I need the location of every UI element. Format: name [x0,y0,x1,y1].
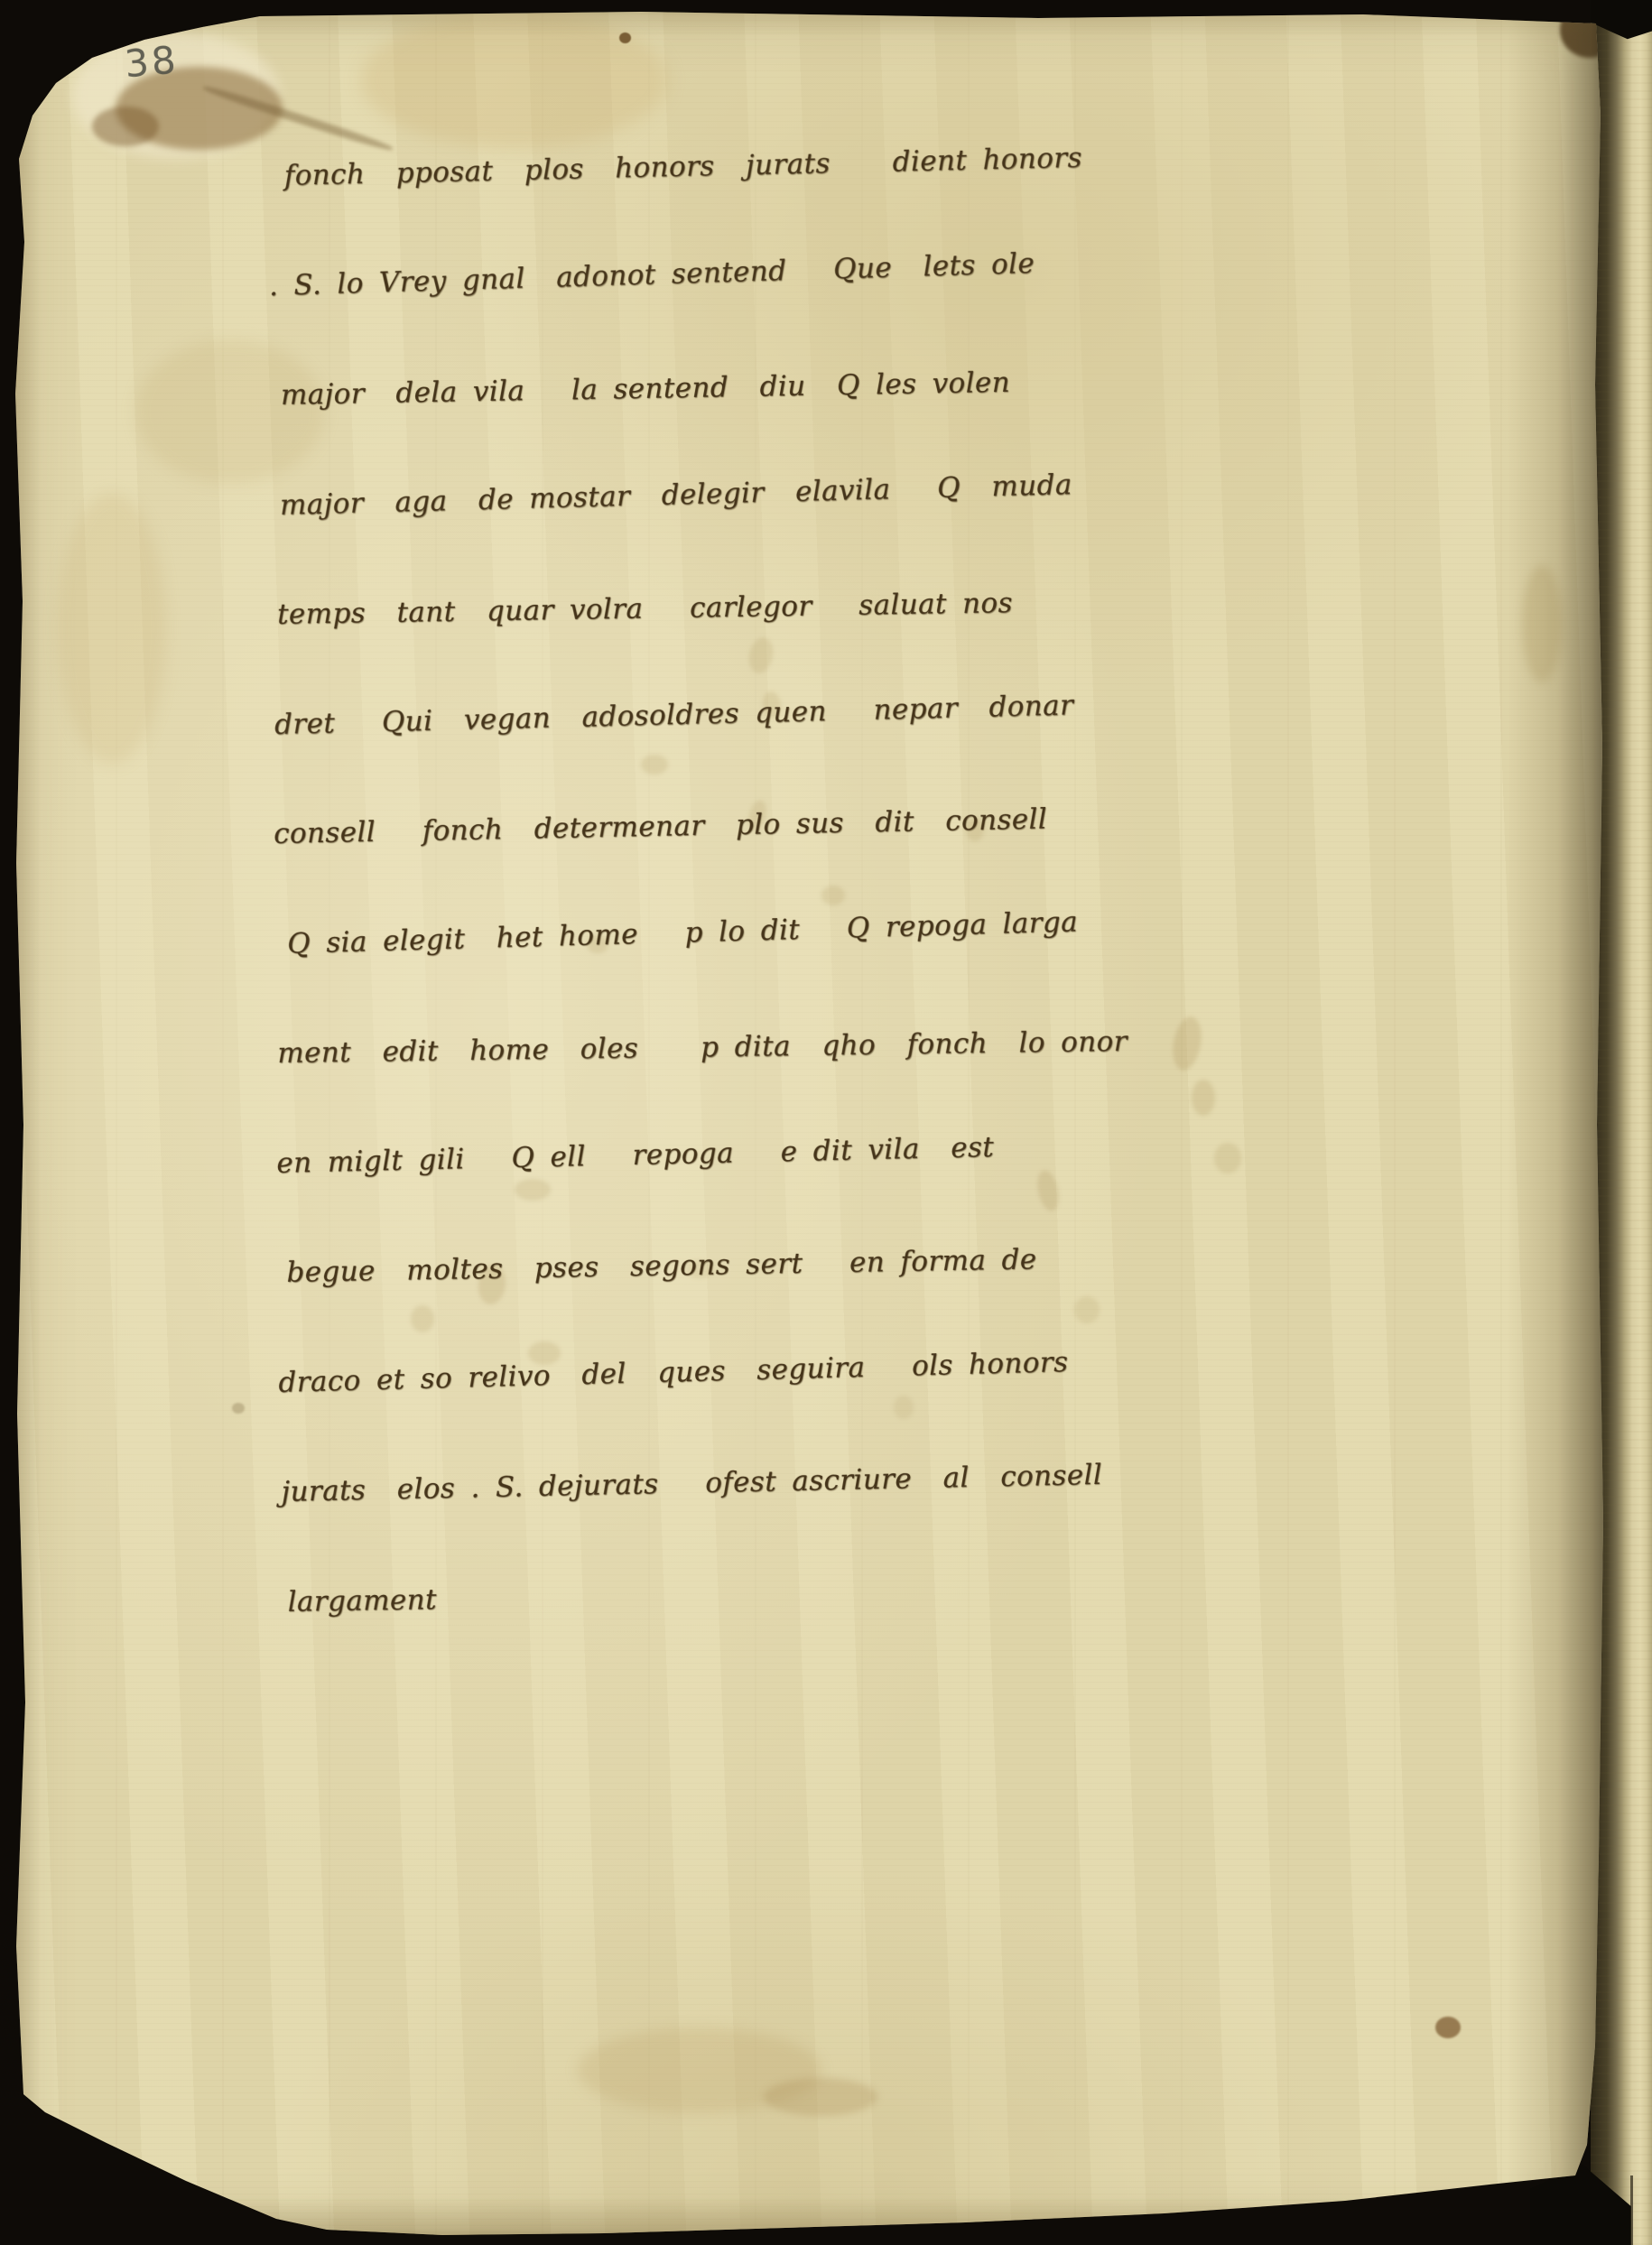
manuscript-line: jurats elos . S. dejurats ofest ascriure… [281,1460,984,1511]
manuscript-line: begue moltes pses segons sert en forma d… [286,1242,982,1291]
stain-top-left-small [92,107,159,146]
manuscript-line: largament [287,1572,985,1620]
manuscript-line: fonch pposat plos honors jurats dient ho… [283,143,972,195]
manuscript-line: major dela vila la sentend diu Q les vol… [281,365,975,413]
manuscript-line: en miglt gili Q ell repoga e dit vila es… [276,1129,981,1182]
stain-right-edge [1522,565,1562,682]
folio-number-bottom: 36 [59,2138,99,2176]
photo-backdrop: { "colors": { "backdrop": "#0e0b07", "pa… [0,0,1652,2245]
manuscript-line: dret Qui vegan adosoldres quen nepar don… [274,689,978,742]
ink-speck-top [619,32,631,43]
stain-left-edge [58,493,166,764]
stain-bottom-center-dark [764,2078,877,2116]
stain-bottom-center [578,2027,821,2113]
spot-middle-left [232,1403,245,1414]
manuscript-line: draco et so relivo del ques seguira ols … [278,1346,983,1401]
manuscript-line: consell fonch determenar plo sus dit con… [274,802,979,852]
manuscript-line: . S. lo Vrey gnal adonot sentend Que let… [268,246,973,304]
manuscript-line: major aga de mostar delegir elavila Q mu… [280,468,976,524]
gutter-crease [1630,2175,1633,2245]
folio-number-top: 38 [123,38,180,87]
manuscript-line: ment edit home oles p dita qho fonch lo … [277,1025,979,1071]
next-page-edge [1591,0,1652,2245]
manuscript-text-block: fonch pposat plos honors jurats dient ho… [267,79,986,1693]
manuscript-line: temps tant quar volra carlegor saluat no… [277,586,977,634]
manuscript-line: Q sia elegit het home p lo dit Q repoga … [287,906,979,962]
spot-bottom-right [1435,2017,1461,2038]
manuscript-page: 38 36 fonch pposat plos honors jurats di… [9,5,1614,2239]
